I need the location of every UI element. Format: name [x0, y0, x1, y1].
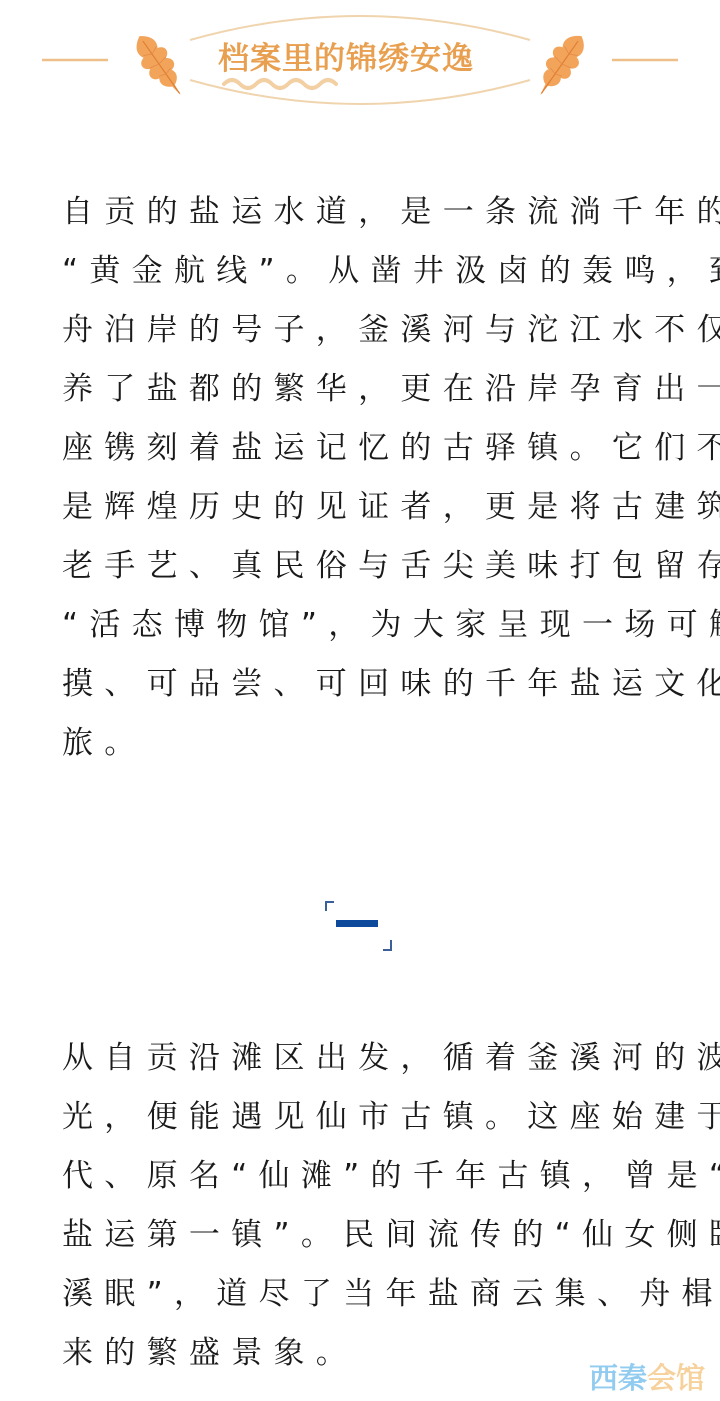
text-line: 是辉煌历史的见证者，更是将古建筑、	[62, 478, 662, 537]
text-line: 旅。	[62, 714, 662, 773]
text-line: “活态博物馆”，为大家呈现一场可触	[62, 596, 662, 655]
section-number-dash	[336, 920, 378, 927]
body-paragraph: 从自贡沿滩区出发，循着釜溪河的波 光，便能遇见仙市古镇。这座始建于隋 代、原名“…	[62, 1029, 662, 1383]
text-line: 溪眠”，道尽了当年盐商云集、舟楫往	[62, 1265, 662, 1324]
text-line: 代、原名“仙滩”的千年古镇，曾是“中国	[62, 1147, 662, 1206]
text-line: 从自贡沿滩区出发，循着釜溪河的波	[62, 1029, 662, 1088]
text-line: 盐运第一镇”。民间流传的“仙女侧卧釜	[62, 1206, 662, 1265]
text-line: 自贡的盐运水道，是一条流淌千年的	[62, 183, 662, 242]
intro-paragraph: 自贡的盐运水道，是一条流淌千年的 “黄金航线”。从凿井汲卤的轰鸣，到盐 舟泊岸的…	[62, 183, 662, 773]
corner-bracket-close-icon	[383, 940, 391, 950]
text-line: 座镌刻着盐运记忆的古驿镇。它们不仅	[62, 419, 662, 478]
watermark-part-1: 西秦	[589, 1361, 647, 1395]
title-banner: 档案里的锦绣安逸	[0, 0, 720, 120]
leaf-icon	[127, 28, 192, 104]
leaf-icon	[528, 27, 593, 103]
text-line: 摸、可品尝、可回味的千年盐运文化之	[62, 655, 662, 714]
corner-bracket-open-icon	[326, 902, 334, 911]
watermark: 西秦会馆	[589, 1360, 705, 1396]
text-line: 老手艺、真民俗与舌尖美味打包留存的	[62, 537, 662, 596]
wavy-underline	[224, 80, 336, 88]
text-line: 光，便能遇见仙市古镇。这座始建于隋	[62, 1088, 662, 1147]
text-line: 舟泊岸的号子，釜溪河与沱江水不仅滋	[62, 301, 662, 360]
section-number-marker	[322, 898, 396, 956]
watermark-part-2: 会馆	[647, 1361, 705, 1395]
text-line: 养了盐都的繁华，更在沿岸孕育出一座	[62, 360, 662, 419]
text-line: “黄金航线”。从凿井汲卤的轰鸣，到盐	[62, 242, 662, 301]
section-title: 档案里的锦绣安逸	[218, 37, 508, 81]
text-line: 来的繁盛景象。	[62, 1324, 662, 1383]
